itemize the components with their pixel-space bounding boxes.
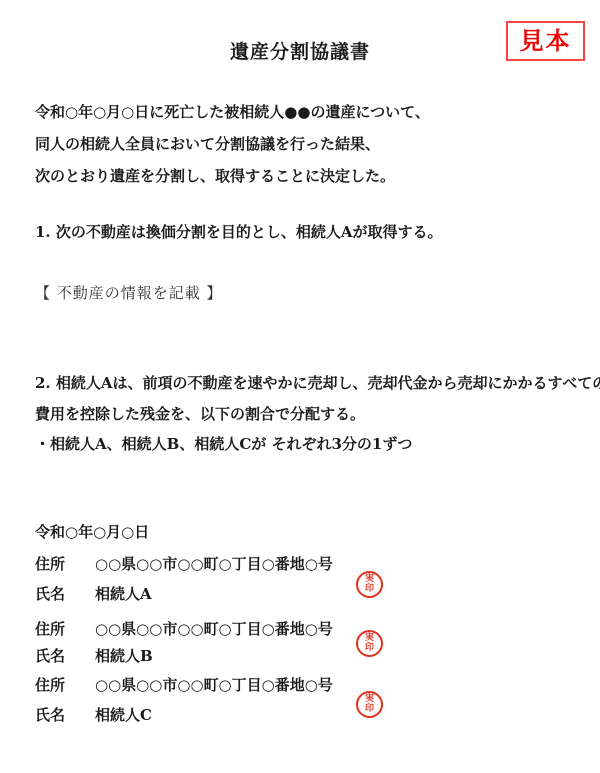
name-value: 相続人A bbox=[95, 585, 152, 603]
seal-char-bottom: 印 bbox=[365, 705, 374, 715]
clause-2-bullet: ・相続人A、相続人B、相続人Cが それぞれ3分の1ずつ bbox=[35, 436, 412, 453]
address-label: 住所 bbox=[35, 621, 95, 638]
page-title: 遺産分割協議書 bbox=[0, 42, 600, 63]
address-value: ○○県○○市○○町○丁目○番地○号 bbox=[95, 555, 333, 573]
registered-seal-stamp-heir-c: 実 印 bbox=[356, 691, 383, 718]
seal-char-bottom: 印 bbox=[365, 644, 374, 654]
clause-1: 1. 次の不動産は換価分割を目的とし、相続人Aが取得する。 bbox=[35, 224, 443, 241]
seal-char-bottom: 印 bbox=[365, 585, 374, 595]
intro-line-2: 同人の相続人全員において分割協議を行った結果、 bbox=[35, 136, 380, 153]
name-row-heir-b: 氏名相続人B bbox=[35, 648, 153, 665]
intro-line-1: 令和○年○月○日に死亡した被相続人●●の遺産について、 bbox=[35, 104, 430, 121]
clause-2-line-1: 2. 相続人Aは、前項の不動産を速やかに売却し、売却代金から売却にかかるすべての bbox=[35, 375, 600, 392]
address-label: 住所 bbox=[35, 556, 95, 573]
address-row-heir-a: 住所○○県○○市○○町○丁目○番地○号 bbox=[35, 556, 333, 573]
name-label: 氏名 bbox=[35, 648, 95, 665]
clause-2-line-2: 費用を控除した残金を、以下の割合で分配する。 bbox=[35, 406, 365, 423]
name-row-heir-a: 氏名相続人A bbox=[35, 586, 152, 603]
intro-line-3: 次のとおり遺産を分割し、取得することに決定した。 bbox=[35, 168, 395, 185]
property-info-placeholder: 【 不動産の情報を記載 】 bbox=[35, 285, 223, 302]
name-label: 氏名 bbox=[35, 586, 95, 603]
address-value: ○○県○○市○○町○丁目○番地○号 bbox=[95, 676, 333, 694]
address-value: ○○県○○市○○町○丁目○番地○号 bbox=[95, 620, 333, 638]
name-value: 相続人B bbox=[95, 647, 153, 665]
signature-date: 令和○年○月○日 bbox=[35, 524, 149, 541]
registered-seal-stamp-heir-a: 実 印 bbox=[356, 571, 383, 598]
name-value: 相続人C bbox=[95, 706, 152, 724]
inheritance-agreement-document: 見本 遺産分割協議書 令和○年○月○日に死亡した被相続人●●の遺産について、 同… bbox=[0, 0, 600, 773]
registered-seal-stamp-heir-b: 実 印 bbox=[356, 630, 383, 657]
address-row-heir-c: 住所○○県○○市○○町○丁目○番地○号 bbox=[35, 677, 333, 694]
address-row-heir-b: 住所○○県○○市○○町○丁目○番地○号 bbox=[35, 621, 333, 638]
name-row-heir-c: 氏名相続人C bbox=[35, 707, 152, 724]
address-label: 住所 bbox=[35, 677, 95, 694]
name-label: 氏名 bbox=[35, 707, 95, 724]
